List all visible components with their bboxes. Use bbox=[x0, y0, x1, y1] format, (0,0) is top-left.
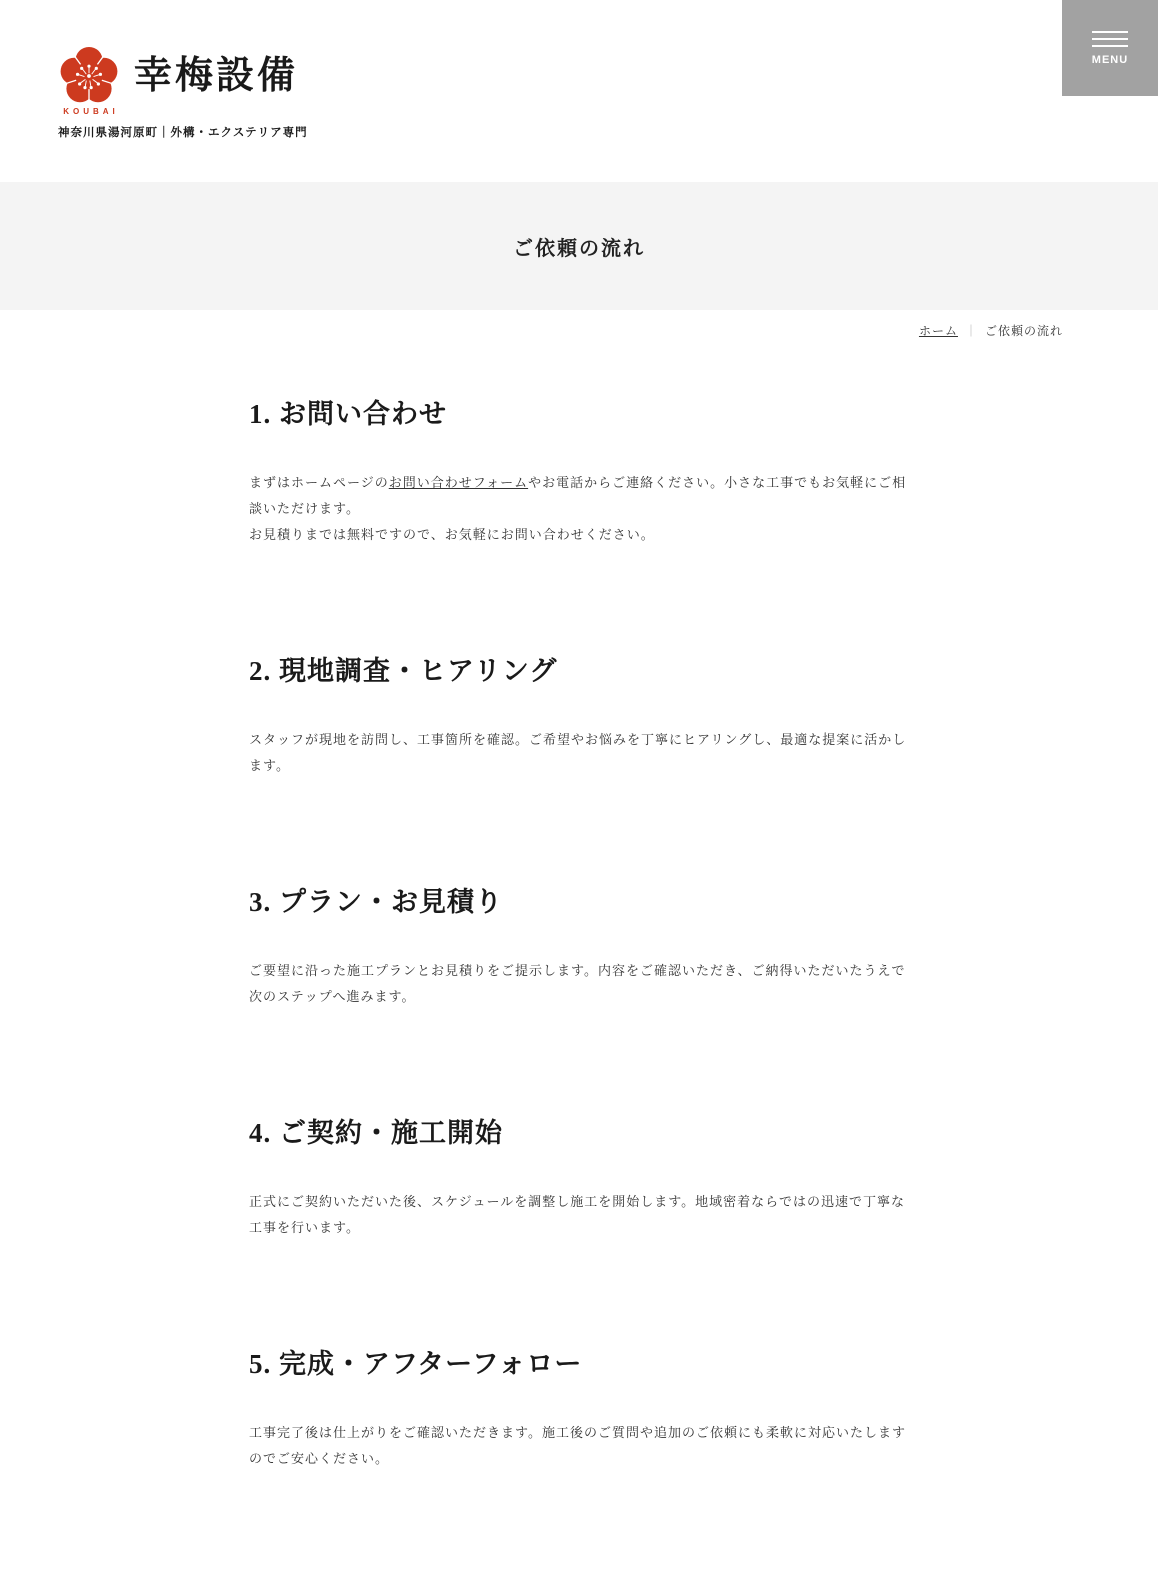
request-flow-content: 1. お問い合わせ まずはホームページのお問い合わせフォームやお電話からご連絡く… bbox=[249, 394, 909, 1472]
page-title-banner: ご依頼の流れ bbox=[0, 182, 1158, 310]
step-body: ご要望に沿った施工プランとお見積りをご提示します。内容をご確認いただき、ご納得い… bbox=[249, 958, 909, 1010]
step-heading: 3. プラン・お見積り bbox=[249, 882, 909, 922]
page-title: ご依頼の流れ bbox=[513, 232, 645, 261]
step-heading: 2. 現地調査・ヒアリング bbox=[249, 651, 909, 691]
menu-label: MENU bbox=[1092, 54, 1128, 66]
step-section-1: 1. お問い合わせ まずはホームページのお問い合わせフォームやお電話からご連絡く… bbox=[249, 394, 909, 548]
plum-blossom-icon bbox=[58, 46, 120, 106]
step-heading: 5. 完成・アフターフォロー bbox=[249, 1344, 909, 1384]
breadcrumb-separator: ｜ bbox=[958, 324, 985, 338]
breadcrumb-current: ご依頼の流れ bbox=[985, 324, 1063, 338]
step-body: スタッフが現地を訪問し、工事箇所を確認。ご希望やお悩みを丁寧にヒアリングし、最適… bbox=[249, 727, 909, 779]
brand-tagline: 神奈川県湯河原町｜外構・エクステリア専門 bbox=[58, 124, 308, 140]
brand-romaji: KOUBAI bbox=[58, 107, 120, 116]
step-section-5: 5. 完成・アフターフォロー 工事完了後は仕上がりをご確認いただきます。施工後の… bbox=[249, 1344, 909, 1472]
menu-button[interactable]: MENU bbox=[1062, 0, 1158, 96]
step-section-3: 3. プラン・お見積り ご要望に沿った施工プランとお見積りをご提示します。内容を… bbox=[249, 882, 909, 1010]
logo[interactable]: KOUBAI 幸梅設備 神奈川県湯河原町｜外構・エクステリア専門 bbox=[58, 46, 308, 140]
step-body: 正式にご契約いただいた後、スケジュールを調整し施工を開始します。地域密着ならでは… bbox=[249, 1189, 909, 1241]
step-section-2: 2. 現地調査・ヒアリング スタッフが現地を訪問し、工事箇所を確認。ご希望やお悩… bbox=[249, 651, 909, 779]
breadcrumb-home-link[interactable]: ホーム bbox=[919, 324, 958, 338]
brand-name: 幸梅設備 bbox=[134, 46, 298, 106]
step-heading: 4. ご契約・施工開始 bbox=[249, 1113, 909, 1153]
breadcrumb: ホーム｜ご依頼の流れ bbox=[0, 310, 1158, 338]
step-heading: 1. お問い合わせ bbox=[249, 394, 909, 434]
step-body-text: まずはホームページの bbox=[249, 475, 389, 490]
step-section-4: 4. ご契約・施工開始 正式にご契約いただいた後、スケジュールを調整し施工を開始… bbox=[249, 1113, 909, 1241]
hamburger-icon bbox=[1092, 31, 1128, 47]
step-body: まずはホームページのお問い合わせフォームやお電話からご連絡ください。小さな工事で… bbox=[249, 470, 909, 548]
step-body: 工事完了後は仕上がりをご確認いただきます。施工後のご質問や追加のご依頼にも柔軟に… bbox=[249, 1420, 909, 1472]
site-header: KOUBAI 幸梅設備 神奈川県湯河原町｜外構・エクステリア専門 MENU bbox=[0, 0, 1158, 182]
contact-form-link[interactable]: お問い合わせフォーム bbox=[389, 475, 528, 490]
